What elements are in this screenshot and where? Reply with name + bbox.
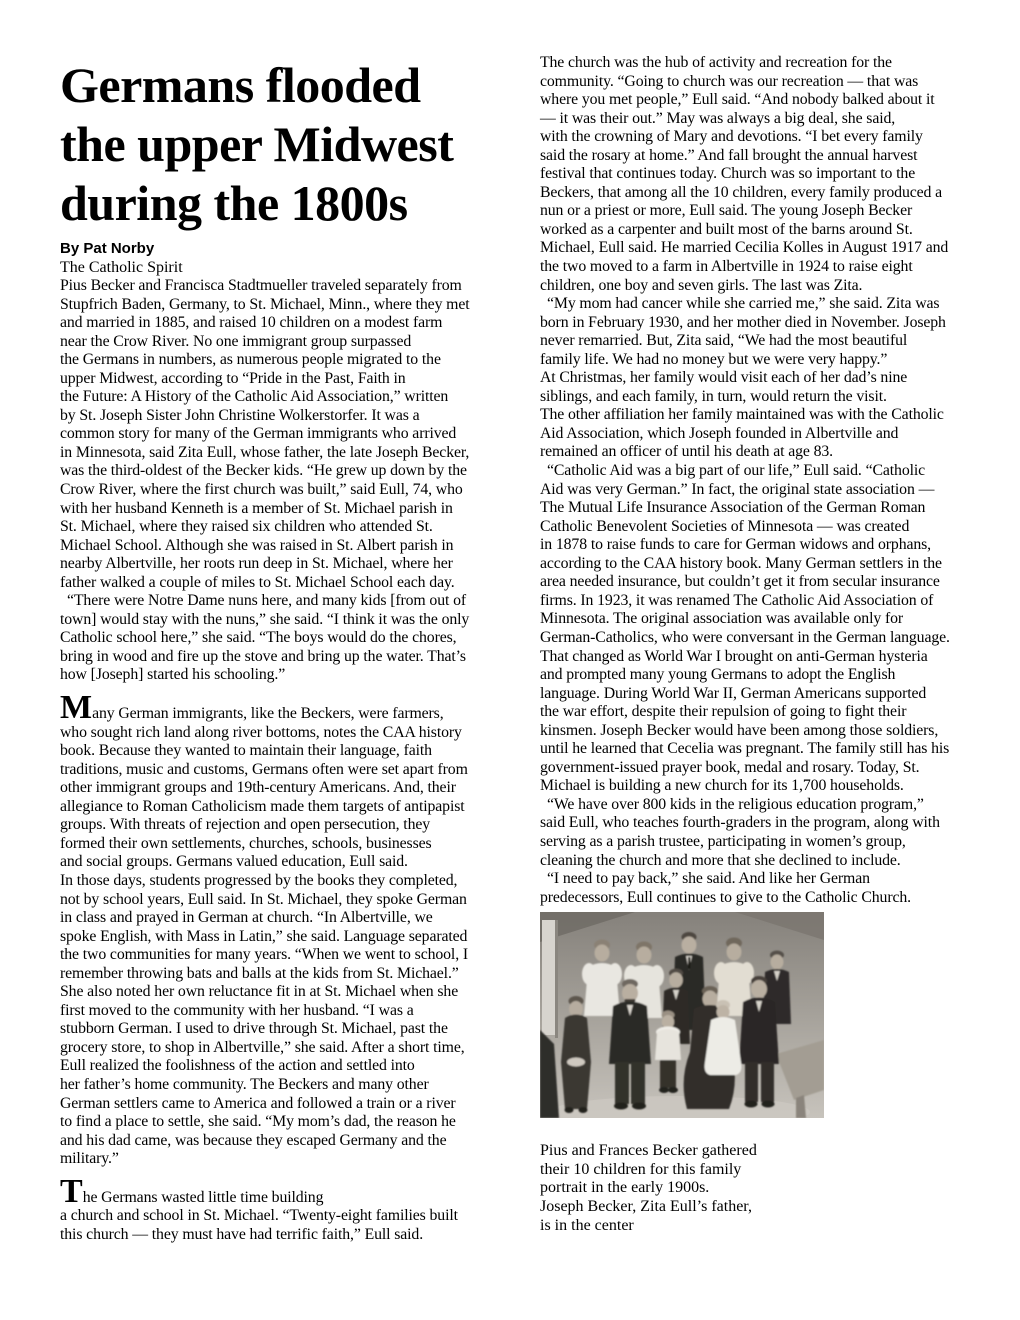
becker-family-portrait-photo (540, 912, 824, 1118)
body-paragraph: The Germans wasted little time building … (60, 1183, 518, 1245)
body-paragraph: The church was the hub of activity and r… (540, 54, 995, 295)
body-paragraph: “I need to pay back,” she said. And like… (540, 870, 995, 907)
body-paragraph: “Catholic Aid was a big part of our life… (540, 462, 995, 796)
paragraph-text: any German immigrants, like the Beckers,… (60, 705, 468, 1167)
raised-initial-cap: M (60, 689, 92, 726)
left-column: Germans flooded the upper Midwest during… (60, 56, 518, 1244)
newspaper-article-page: Germans flooded the upper Midwest during… (0, 0, 1020, 1320)
body-paragraph: “There were Notre Dame nuns here, and ma… (60, 592, 518, 685)
photo-caption: Pius and Frances Becker gathered their 1… (540, 1142, 800, 1235)
body-paragraph: “We have over 800 kids in the religious … (540, 796, 995, 870)
byline: By Pat Norby (60, 240, 518, 258)
headline: Germans flooded the upper Midwest during… (60, 56, 518, 233)
body-paragraph: Pius Becker and Francisca Stadtmueller t… (60, 277, 518, 592)
right-column: The church was the hub of activity and r… (540, 54, 995, 1251)
publication-name: The Catholic Spirit (60, 258, 518, 277)
body-paragraph: Many German immigrants, like the Beckers… (60, 699, 518, 1169)
raised-initial-cap: T (60, 1173, 83, 1210)
paragraph-text: he Germans wasted little time building a… (60, 1189, 458, 1243)
body-paragraph: “My mom had cancer while she carried me,… (540, 295, 995, 462)
